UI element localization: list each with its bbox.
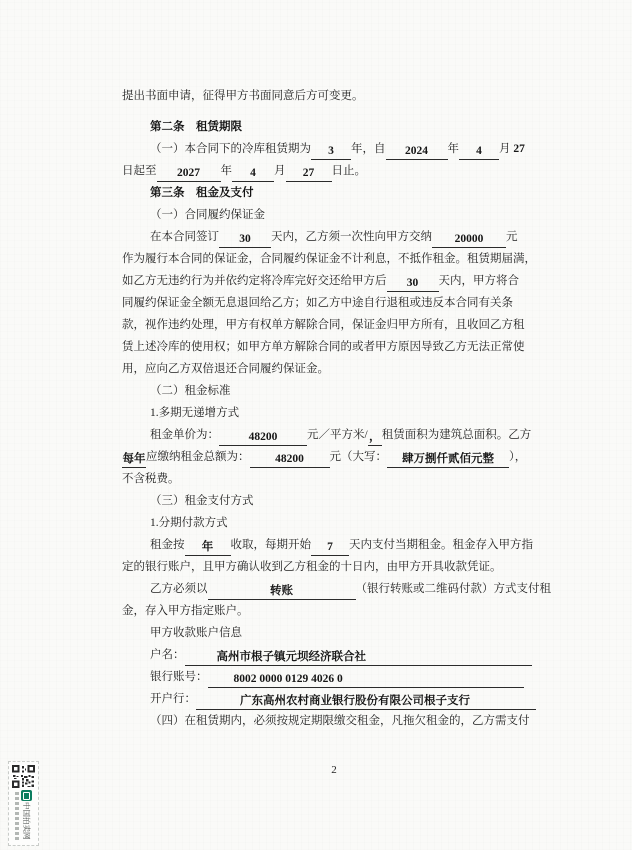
contract-text: 1.多期无递增方式 <box>150 407 239 419</box>
fill-in-blank: 20000 <box>432 232 506 248</box>
contract-text: 应缴纳租金总额为： <box>146 451 250 463</box>
contract-line: （三）租金支付方式 <box>122 490 546 512</box>
section-heading: 第二条 租赁期限 <box>122 116 546 138</box>
contract-line: 同履约保证金全额无息退回给乙方；如乙方中途自行退租或违反本合同有关条 <box>122 292 546 314</box>
contract-line: 乙方必须以转账（银行转账或二维码付款）方式支付租 <box>122 578 546 600</box>
contract-text: 月 <box>274 165 286 177</box>
contract-line: 1.多期无递增方式 <box>122 402 546 424</box>
section-heading: 第三条 租金及支付 <box>122 182 546 204</box>
contract-text: 1.分期付款方式 <box>150 517 228 529</box>
contract-line: 开户行：广东高州农村商业银行股份有限公司根子支行 <box>122 688 546 710</box>
contract-text: 收取，每期开始 <box>231 539 312 551</box>
fill-in-blank: 2027 <box>157 166 221 182</box>
platform-watermark-text: 中国拍卖网 <box>22 802 31 840</box>
contract-line: 如乙方无违约行为并依约定将冷库完好交还给甲方后30天内，甲方将合 <box>122 270 546 292</box>
fill-in-blank: 48200 <box>219 430 307 446</box>
contract-text: 银行账号： <box>150 671 208 683</box>
contract-line: 不含税费。 <box>122 468 546 490</box>
contract-line: 1.分期付款方式 <box>122 512 546 534</box>
watermark-serial-marks <box>15 790 19 840</box>
contract-text: 元（大写： <box>330 451 388 463</box>
contract-text: 年，自 <box>351 143 386 155</box>
qr-code-icon <box>12 765 35 788</box>
contract-text: 赁上述冷库的使用权；如甲方单方解除合同的或者甲方原因导致乙方无法正常使 <box>122 341 525 353</box>
contract-line: （二）租金标准 <box>122 380 546 402</box>
contract-line: 在本合同签订30天内，乙方须一次性向甲方交纳20000元 <box>122 226 546 248</box>
contract-line: 甲方收款账户信息 <box>122 622 546 644</box>
contract-text: 月 <box>499 143 513 155</box>
fill-in-blank: 高州市根子镇元坝经济联合社 <box>185 650 532 666</box>
fill-in-blank: 7 <box>311 540 349 556</box>
page-number: 2 <box>122 764 546 776</box>
contract-text: 年 <box>448 143 460 155</box>
contract-text: （四）在租赁期内，必须按规定期限缴交租金，凡拖欠租金的，乙方需支付 <box>150 715 530 727</box>
fill-in-blank: 3 <box>311 144 351 160</box>
contract-text: （一）本合同下的冷库租赁期为 <box>150 143 311 155</box>
contract-line: 定的银行账户，且甲方确认收到乙方租金的十日内，由甲方开具收款凭证。 <box>122 556 546 578</box>
contract-text: 作为履行本合同的保证金，合同履约保证金不计利息，不抵作租金。租赁期届满， <box>122 253 536 265</box>
contract-line: 日起至2027年4月27日止。 <box>122 160 546 182</box>
contract-text: 同履约保证金全额无息退回给乙方；如乙方中途自行退租或违反本合同有关条 <box>122 297 513 309</box>
contract-text: 款，视作违约处理，甲方有权单方解除合同，保证金归甲方所有，且收回乙方租 <box>122 319 525 331</box>
contract-text: ）， <box>509 451 526 463</box>
contract-text: 提出书面申请，征得甲方书面同意后方可变更。 <box>122 90 364 102</box>
fill-in-blank: 广东高州农村商业银行股份有限公司根子支行 <box>196 694 536 710</box>
fill-in-blank: 4 <box>232 166 274 182</box>
contract-line: 租金单价为：48200元／平方米/，租赁面积为建筑总面积。乙方 <box>122 424 546 446</box>
contract-text: 年 <box>221 165 233 177</box>
contract-line: （一）合同履约保证金 <box>122 204 546 226</box>
contract-line: （四）在租赁期内，必须按规定期限缴交租金，凡拖欠租金的，乙方需支付 <box>122 710 546 732</box>
contract-page-body: 提出书面申请，征得甲方书面同意后方可变更。第二条 租赁期限（一）本合同下的冷库租… <box>122 85 546 732</box>
contract-text: 定的银行账户，且甲方确认收到乙方租金的十日内，由甲方开具收款凭证。 <box>122 561 502 573</box>
contract-text: （三）租金支付方式 <box>150 495 254 507</box>
fill-in-blank: 4 <box>459 144 499 160</box>
fill-in-value: 27 <box>513 143 525 155</box>
contract-text: 户名： <box>150 649 185 661</box>
contract-text: 租赁面积为建筑总面积。乙方 <box>382 429 532 441</box>
contract-line: 金，存入甲方指定账户。 <box>122 600 546 622</box>
contract-text: 甲方收款账户信息 <box>150 627 242 639</box>
contract-text: 天内，乙方须一次性向甲方交纳 <box>271 231 432 243</box>
contract-text: 在本合同签订 <box>150 231 219 243</box>
platform-watermark-strip: 中国拍卖网 <box>8 761 39 846</box>
contract-text: 如乙方无违约行为并依约定将冷库完好交还给甲方后 <box>122 275 387 287</box>
contract-text: 乙方必须以 <box>150 583 208 595</box>
contract-text: 第二条 租赁期限 <box>150 121 242 133</box>
contract-text: 开户行： <box>150 693 196 705</box>
contract-line: 提出书面申请，征得甲方书面同意后方可变更。 <box>122 85 546 107</box>
contract-text: 第三条 租金及支付 <box>150 187 254 199</box>
contract-text: 元 <box>506 231 518 243</box>
contract-line: 租金按年收取，每期开始7天内支付当期租金。租金存入甲方指 <box>122 534 546 556</box>
contract-text: 天内支付当期租金。租金存入甲方指 <box>349 539 533 551</box>
fill-in-blank: 8002 0000 0129 4026 0 <box>208 672 524 688</box>
contract-text: 租金按 <box>150 539 185 551</box>
contract-line: 每年应缴纳租金总额为：48200元（大写：肆万捌仟贰佰元整）， <box>122 446 546 468</box>
contract-text: （一）合同履约保证金 <box>150 209 265 221</box>
fill-in-blank: 转账 <box>208 584 356 600</box>
fill-in-blank: 48200 <box>250 452 330 468</box>
fill-in-blank: 每年 <box>122 452 146 468</box>
contract-text: 天内，甲方将合 <box>439 275 520 287</box>
contract-text: （银行转账或二维码付款）方式支付租 <box>356 583 552 595</box>
fill-in-blank: 肆万捌仟贰佰元整 <box>387 452 509 468</box>
contract-text: 金，存入甲方指定账户。 <box>122 605 249 617</box>
contract-text: 不含税费。 <box>122 473 180 485</box>
contract-line: 银行账号：8002 0000 0129 4026 0 <box>122 666 546 688</box>
contract-text: 日起至 <box>122 165 157 177</box>
contract-line: 赁上述冷库的使用权；如甲方单方解除合同的或者甲方原因导致乙方无法正常使 <box>122 336 546 358</box>
fill-in-blank: ， <box>368 430 382 446</box>
fill-in-blank: 2024 <box>386 144 448 160</box>
platform-logo-icon <box>21 790 32 801</box>
fill-in-blank: 30 <box>219 232 271 248</box>
contract-line: 款，视作违约处理，甲方有权单方解除合同，保证金归甲方所有，且收回乙方租 <box>122 314 546 336</box>
fill-in-blank: 30 <box>387 276 439 292</box>
contract-line: 作为履行本合同的保证金，合同履约保证金不计利息，不抵作租金。租赁期届满， <box>122 248 546 270</box>
contract-text: 日止。 <box>332 165 367 177</box>
fill-in-blank: 年 <box>185 540 231 556</box>
contract-line: （一）本合同下的冷库租赁期为3年，自2024年4月 27 <box>122 138 546 160</box>
contract-line: 用，应向乙方双倍退还合同履约保证金。 <box>122 358 546 380</box>
contract-text: 元／平方米/ <box>307 429 368 441</box>
contract-text: 用，应向乙方双倍退还合同履约保证金。 <box>122 363 329 375</box>
contract-line: 户名：高州市根子镇元坝经济联合社 <box>122 644 546 666</box>
fill-in-blank: 27 <box>286 166 332 182</box>
contract-text: 租金单价为： <box>150 429 219 441</box>
contract-text: （二）租金标准 <box>150 385 231 397</box>
